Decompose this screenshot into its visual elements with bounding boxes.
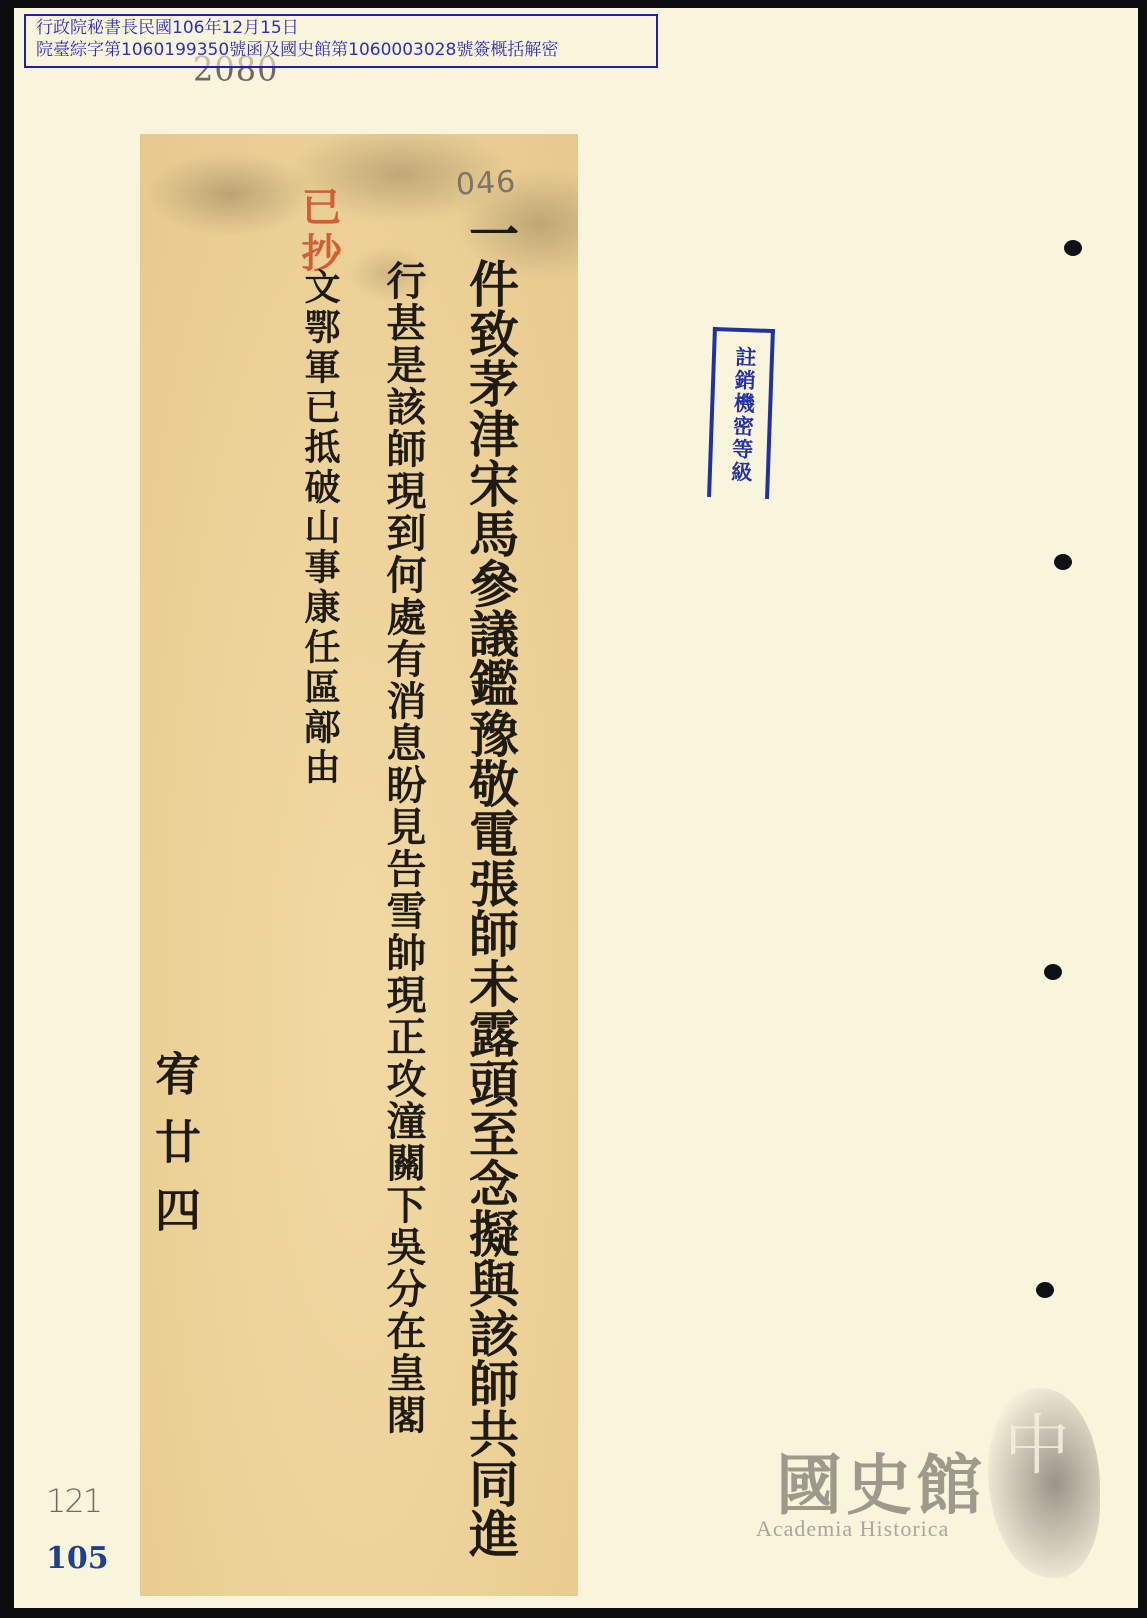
handwritten-column-1: 一件致茅津宋馬參議鑑豫敬電張師未露頭至念擬與該師共同進 xyxy=(462,208,518,1558)
pencil-folio-number: 121 xyxy=(46,1482,101,1520)
telegram-note: 046 已抄 一件致茅津宋馬參議鑑豫敬電張師未露頭至念擬與該師共同進 行甚是該師… xyxy=(140,134,578,1596)
handwritten-column-3: 文鄂軍已抵破山事康任區鄗由 xyxy=(300,268,340,788)
declassified-stamp: 註銷機密等級 xyxy=(707,327,775,499)
binding-hole-icon xyxy=(1044,964,1062,980)
binding-hole-icon xyxy=(1036,1282,1054,1298)
copied-red-mark: 已抄 xyxy=(290,186,347,278)
declassification-notice: 行政院秘書長民國106年12月15日 院臺綜字第1060199350號函及國史館… xyxy=(24,14,658,68)
watermark-english: Academia Historica xyxy=(756,1516,949,1542)
note-page-number: 046 xyxy=(455,164,517,202)
academia-historica-watermark: 國史館 Academia Historica xyxy=(756,1388,1126,1588)
emblem-icon xyxy=(988,1388,1100,1578)
declassification-line-2: 院臺綜字第1060199350號函及國史館第1060003028號簽概括解密 xyxy=(36,39,656,61)
binding-hole-icon xyxy=(1064,240,1082,256)
handwritten-date-note: 宥廿四 xyxy=(150,1050,200,1254)
handwritten-column-2: 行甚是該師現到何處有消息盼見告雪帥現正攻潼關下吳分在皇閣 xyxy=(380,260,426,1436)
watermark-chinese: 國史館 xyxy=(776,1432,986,1527)
binding-hole-icon xyxy=(1054,554,1072,570)
stamp-text: 註銷機密等級 xyxy=(726,346,761,485)
stamped-folio-number: 105 xyxy=(46,1541,109,1576)
declassification-line-1: 行政院秘書長民國106年12月15日 xyxy=(36,17,656,39)
archive-page: 行政院秘書長民國106年12月15日 院臺綜字第1060199350號函及國史館… xyxy=(14,8,1138,1608)
